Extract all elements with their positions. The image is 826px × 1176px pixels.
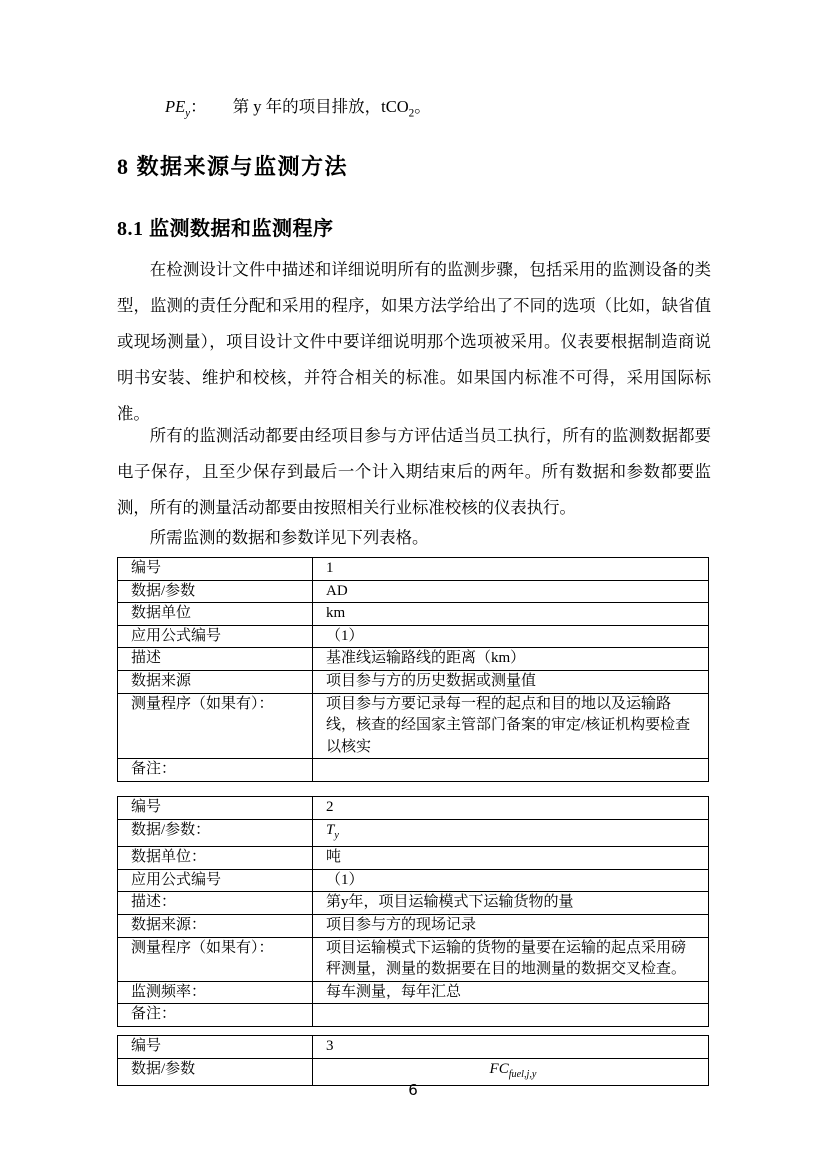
row-label-cell: 监测频率：: [118, 981, 313, 1004]
table-row: 编号 3: [118, 1036, 709, 1059]
row-value-cell: 1: [313, 558, 709, 581]
table-row: 数据/参数： Ty: [118, 819, 709, 847]
row-value-cell: Ty: [313, 819, 709, 847]
row-value-cell: 项目参与方的现场记录: [313, 914, 709, 937]
row-value-cell: 基准线运输路线的距离（km）: [313, 648, 709, 671]
table-row: 数据单位 km: [118, 603, 709, 626]
row-label-cell: 数据单位: [118, 603, 313, 626]
table-row: 描述： 第y年，项目运输模式下运输货物的量: [118, 892, 709, 915]
table-row: 数据单位： 吨: [118, 847, 709, 870]
paragraph-monitoring-activities: 所有的监测活动都要由经项目参与方评估适当员工执行，所有的监测数据都要电子保存，且…: [117, 418, 711, 526]
monitoring-table-1: 编号 1 数据/参数 AD 数据单位 km 应用公式编号 （1） 描述 基准线运…: [117, 557, 709, 782]
table-row: 测量程序（如果有）： 项目参与方要记录每一程的起点和目的地以及运输路线，核查的经…: [118, 693, 709, 759]
row-value-cell: 吨: [313, 847, 709, 870]
row-label-cell: 描述：: [118, 892, 313, 915]
row-label-cell: 数据来源: [118, 670, 313, 693]
formula-symbol: PEy: [165, 97, 190, 116]
row-label-cell: 应用公式编号: [118, 625, 313, 648]
row-label-cell: 编号: [118, 1036, 313, 1059]
row-value-cell: 项目参与方的历史数据或测量值: [313, 670, 709, 693]
table-row: 编号 2: [118, 797, 709, 820]
paragraph-monitoring-steps: 在检测设计文件中描述和详细说明所有的监测步骤，包括采用的监测设备的类型，监测的责…: [117, 252, 711, 432]
row-label-cell: 编号: [118, 558, 313, 581]
row-value-cell: 第y年，项目运输模式下运输货物的量: [313, 892, 709, 915]
row-label-cell: 编号: [118, 797, 313, 820]
row-label-cell: 数据来源：: [118, 914, 313, 937]
row-value-cell: （1）: [313, 625, 709, 648]
formula-separator: ：: [190, 97, 207, 116]
formula-description: 第 y 年的项目排放，tCO2。: [233, 97, 431, 116]
row-label-cell: 描述: [118, 648, 313, 671]
table-row: 编号 1: [118, 558, 709, 581]
row-label-cell: 数据单位：: [118, 847, 313, 870]
row-label-cell: 测量程序（如果有）：: [118, 693, 313, 759]
table-row: 备注：: [118, 759, 709, 782]
table-row: 测量程序（如果有）： 项目运输模式下运输的货物的量要在运输的起点采用磅秤测量，测…: [118, 937, 709, 981]
monitoring-table-2: 编号 2 数据/参数： Ty 数据单位： 吨 应用公式编号 （1） 描述： 第y…: [117, 796, 709, 1027]
row-label-cell: 备注：: [118, 1004, 313, 1027]
monitoring-table-3: 编号 3 数据/参数 FCfuel,j,y: [117, 1035, 709, 1086]
row-value-cell: 2: [313, 797, 709, 820]
row-value-cell: [313, 759, 709, 782]
section-heading: 8 数据来源与监测方法: [117, 150, 348, 181]
row-label-cell: 测量程序（如果有）：: [118, 937, 313, 981]
row-value-cell: （1）: [313, 869, 709, 892]
row-value-cell: 3: [313, 1036, 709, 1059]
paragraph-table-intro: 所需监测的数据和参数详见下列表格。: [117, 520, 711, 556]
row-value-cell: 项目运输模式下运输的货物的量要在运输的起点采用磅秤测量，测量的数据要在目的地测量…: [313, 937, 709, 981]
table-row: 应用公式编号 （1）: [118, 869, 709, 892]
page-number: 6: [0, 1081, 826, 1099]
row-label-cell: 备注：: [118, 759, 313, 782]
row-label-cell: 应用公式编号: [118, 869, 313, 892]
row-value-cell: 每车测量，每年汇总: [313, 981, 709, 1004]
row-value-cell: AD: [313, 580, 709, 603]
table-row: 数据来源： 项目参与方的现场记录: [118, 914, 709, 937]
row-label-cell: 数据/参数: [118, 580, 313, 603]
table-row: 备注：: [118, 1004, 709, 1027]
table-row: 描述 基准线运输路线的距离（km）: [118, 648, 709, 671]
table-row: 应用公式编号 （1）: [118, 625, 709, 648]
row-value-cell: 项目参与方要记录每一程的起点和目的地以及运输路线，核查的经国家主管部门备案的审定…: [313, 693, 709, 759]
row-value-cell: km: [313, 603, 709, 626]
formula-line: PEy：第 y 年的项目排放，tCO2。: [165, 96, 431, 124]
table-row: 监测频率： 每车测量，每年汇总: [118, 981, 709, 1004]
subsection-heading: 8.1 监测数据和监测程序: [117, 212, 334, 241]
table-row: 数据来源 项目参与方的历史数据或测量值: [118, 670, 709, 693]
document-page: { "page": { "number": "6", "background":…: [0, 0, 826, 1176]
row-label-cell: 数据/参数：: [118, 819, 313, 847]
table-row: 数据/参数 AD: [118, 580, 709, 603]
row-value-cell: [313, 1004, 709, 1027]
